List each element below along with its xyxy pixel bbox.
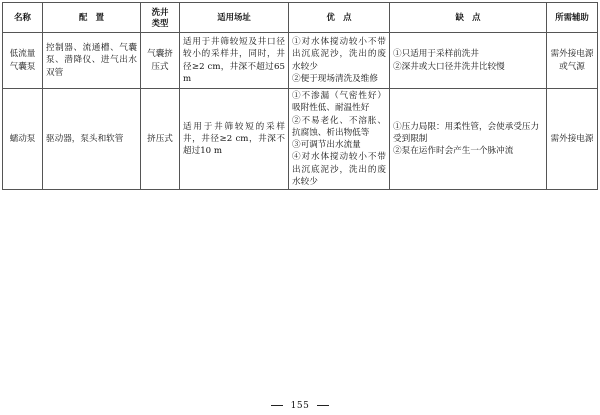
aux-line: 或气源: [550, 61, 594, 73]
cell-wash-type: 气囊挤 压式: [141, 33, 180, 89]
dash-left: [271, 405, 283, 406]
table-row: 蠕动泵 驱动器，泵头和软管 挤压式 适用于井筛较短的采样井，井径≥2 cm，井深…: [3, 89, 598, 190]
header-config: 配 置: [43, 3, 141, 33]
cell-config: 控制器、流通槽、气囊泵、潜降仪、进气出水双管: [43, 33, 141, 89]
pros-item: ②便于现场清洗及维修: [292, 73, 386, 85]
cell-pros: ①不渗漏（气密性好）吸附性低、耐温性好 ②不易老化、不溶胀、抗腐蚀、析出物低等 …: [289, 89, 390, 190]
cell-cons: ①只适用于采样前洗井 ②深井或大口径井洗井比较慢: [390, 33, 547, 89]
cell-cons: ①压力局限：用柔性管，会使承受压力受到限制 ②泵在运作时会产生一个脉冲流: [390, 89, 547, 190]
table-row: 低流量 气囊泵 控制器、流通槽、气囊泵、潜降仪、进气出水双管 气囊挤 压式 适用…: [3, 33, 598, 89]
cell-site: 适用于井筛较短的采样井，井径≥2 cm，井深不超过10 m: [180, 89, 289, 190]
header-cons: 缺 点: [390, 3, 547, 33]
cell-pros: ①对水体搅动较小不带出沉底泥沙，洗出的废水较少 ②便于现场清洗及维修: [289, 33, 390, 89]
cons-item: ②深井或大口径井洗井比较慢: [393, 61, 543, 73]
header-wash-type-line: 类型: [144, 18, 176, 29]
cons-item: ①压力局限：用柔性管，会使承受压力受到限制: [393, 121, 543, 146]
cell-config: 驱动器，泵头和软管: [43, 89, 141, 190]
pros-item: ①不渗漏（气密性好）吸附性低、耐温性好: [292, 90, 386, 115]
type-line: 气囊挤: [144, 48, 176, 60]
header-aux: 所需辅助: [547, 3, 598, 33]
cell-name: 低流量 气囊泵: [3, 33, 43, 89]
name-line: 低流量: [6, 48, 39, 60]
page-footer: 155: [0, 401, 600, 411]
header-wash-type-line: 洗井: [144, 7, 176, 18]
aux-line: 需外接电源: [550, 48, 594, 60]
pros-item: ①对水体搅动较小不带出沉底泥沙，洗出的废水较少: [292, 36, 386, 73]
header-site: 适用场址: [180, 3, 289, 33]
cell-site: 适用于井筛较短及井口径较小的采样井，同时，井径≥2 cm，井深不超过65 m: [180, 33, 289, 89]
table-header-row: 名称 配 置 洗井 类型 适用场址 优 点 缺 点 所需辅助: [3, 3, 598, 33]
cons-item: ②泵在运作时会产生一个脉冲流: [393, 145, 543, 157]
pros-item: ③可调节出水流量: [292, 139, 386, 151]
cell-aux: 需外接电源 或气源: [547, 33, 598, 89]
header-name: 名称: [3, 3, 43, 33]
dash-right: [317, 405, 329, 406]
cell-aux: 需外接电源: [547, 89, 598, 190]
header-wash-type: 洗井 类型: [141, 3, 180, 33]
cell-name: 蠕动泵: [3, 89, 43, 190]
wash-pump-comparison-table: 名称 配 置 洗井 类型 适用场址 优 点 缺 点 所需辅助 低流量 气囊泵 控…: [2, 2, 598, 190]
pros-item: ②不易老化、不溶胀、抗腐蚀、析出物低等: [292, 115, 386, 140]
page-number: 155: [291, 401, 310, 411]
pros-item: ④对水体搅动较小不带出沉底泥沙，洗出的废水较少: [292, 151, 386, 188]
type-line: 挤压式: [144, 133, 176, 145]
type-line: 压式: [144, 61, 176, 73]
aux-line: 需外接电源: [550, 133, 594, 145]
header-pros: 优 点: [289, 3, 390, 33]
cell-wash-type: 挤压式: [141, 89, 180, 190]
name-line: 气囊泵: [6, 61, 39, 73]
cons-item: ①只适用于采样前洗井: [393, 48, 543, 60]
name-line: 蠕动泵: [6, 133, 39, 145]
